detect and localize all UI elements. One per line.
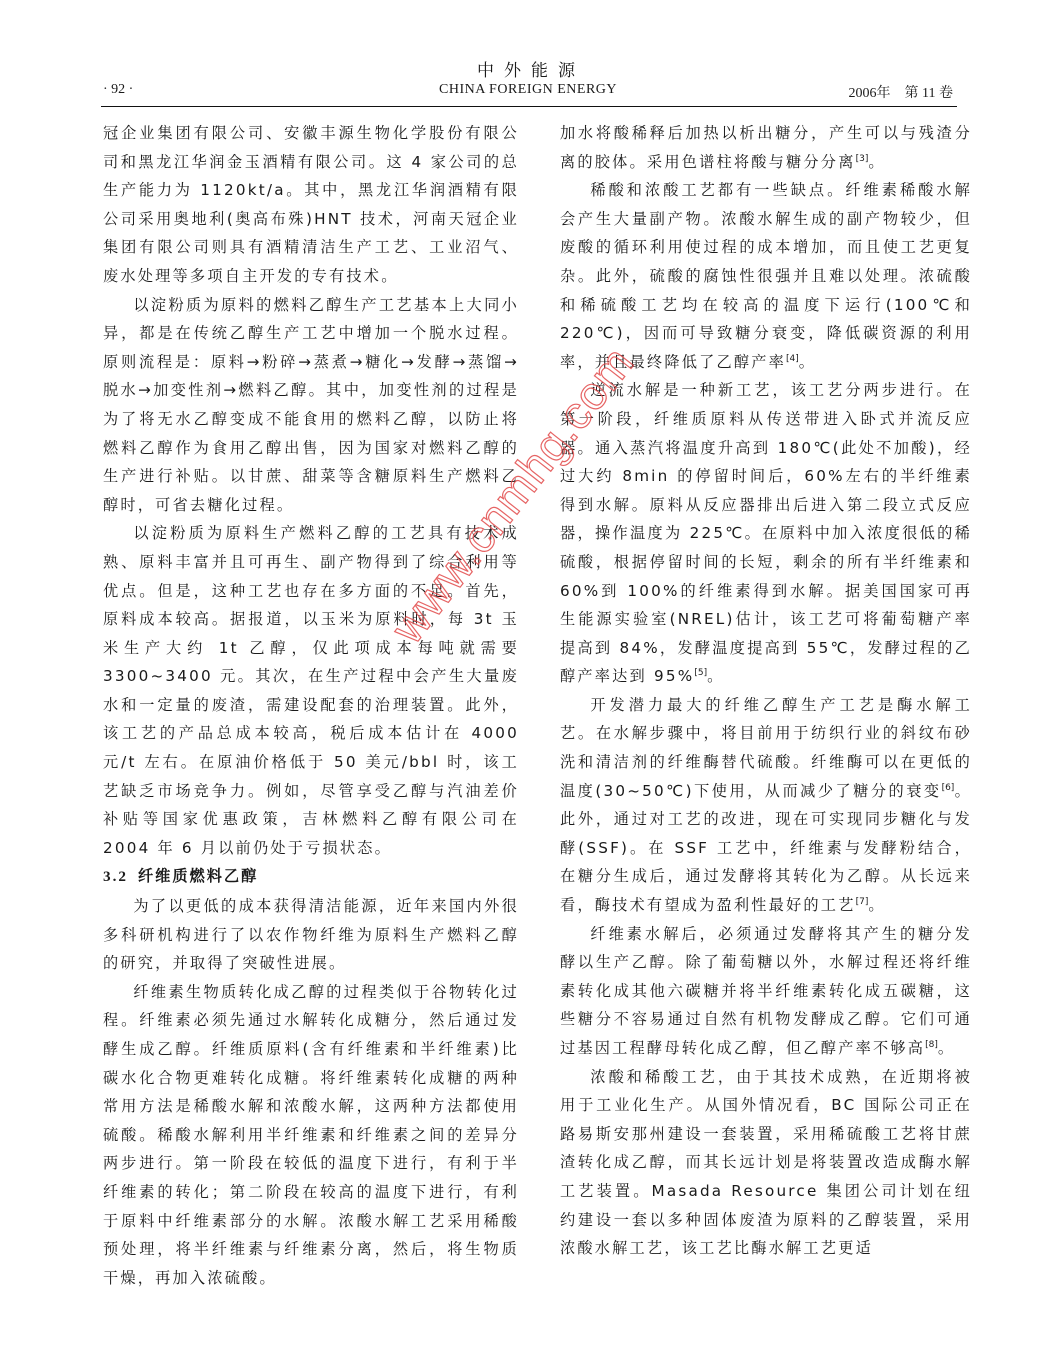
journal-title-en: CHINA FOREIGN ENERGY [103,82,953,98]
paragraph-text: 逆流水解是一种新工艺，该工艺分两步进行。在第一阶段，纤维质原料从传送带进入卧式并… [560,381,972,685]
paragraph-end: 。 [868,896,885,914]
paragraph: 逆流水解是一种新工艺，该工艺分两步进行。在第一阶段，纤维质原料从传送带进入卧式并… [560,376,972,691]
paragraph: 为了以更低的成本获得清洁能源，近年来国内外很多科研机构进行了以农作物纤维为原料生… [103,892,519,978]
header-divider [101,106,957,107]
citation-ref[interactable]: [8] [925,1040,938,1050]
left-column: 冠企业集团有限公司、安徽丰源生物化学股份有限公司和黑龙江华润金玉酒精有限公司。这… [103,119,519,1292]
paragraph-text: 纤维素水解后，必须通过发酵将其产生的糖分发酵以生产乙醇。除了葡萄糖以外，水解过程… [560,925,972,1057]
paragraph: 浓酸和稀酸工艺，由于其技术成熟，在近期将被用于工业化生产。从国外情况看，BC 国… [560,1063,972,1263]
section-heading: 3.2纤维质燃料乙醇 [103,862,519,892]
section-title: 纤维质燃料乙醇 [138,867,258,885]
paragraph: 稀酸和浓酸工艺都有一些缺点。纤维素稀酸水解会产生大量副产物。浓酸水解生成的副产物… [560,176,972,376]
paragraph-text: 。此外，通过对工艺的改进，现在可实现同步糖化与发酵(SSF)。在 SSF 工艺中… [560,782,972,914]
paragraph: 加水将酸稀释后加热以析出糖分，产生可以与残渣分离的胶体。采用色谱柱将酸与糖分分离… [560,119,972,176]
paragraph-text: 开发潜力最大的纤维乙醇生产工艺是酶水解工艺。在水解步骤中，将目前用于纺织行业的斜… [560,696,972,800]
paragraph-text: 加水将酸稀释后加热以析出糖分，产生可以与残渣分离的胶体。采用色谱柱将酸与糖分分离 [560,124,972,171]
journal-title-cn: 中外能源 [0,56,1062,81]
paragraph: 开发潜力最大的纤维乙醇生产工艺是酶水解工艺。在水解步骤中，将目前用于纺织行业的斜… [560,691,972,920]
citation-ref[interactable]: [6] [942,783,955,793]
paragraph-end: 。 [868,153,885,171]
paragraph: 以淀粉质为原料生产燃料乙醇的工艺具有技术成熟、原料丰富并且可再生、副产物得到了综… [103,519,519,862]
citation-ref[interactable]: [3] [856,154,869,164]
paragraph-end: 。 [707,667,724,685]
paragraph-text: 稀酸和浓酸工艺都有一些缺点。纤维素稀酸水解会产生大量副产物。浓酸水解生成的副产物… [560,181,972,371]
section-number: 3.2 [103,868,128,885]
citation-ref[interactable]: [7] [856,897,869,907]
citation-ref[interactable]: [4] [786,354,799,364]
paragraph: 纤维素生物质转化成乙醇的过程类似于谷物转化过程。纤维素必须先通过水解转化成糖分，… [103,978,519,1293]
running-header: · 92 · CHINA FOREIGN ENERGY 2006年 第 11 卷 [103,82,953,102]
issue-info: 2006年 第 11 卷 [849,82,953,102]
right-column: 加水将酸稀释后加热以析出糖分，产生可以与残渣分离的胶体。采用色谱柱将酸与糖分分离… [560,119,972,1263]
paragraph: 以淀粉质为原料的燃料乙醇生产工艺基本上大同小异，都是在传统乙醇生产工艺中增加一个… [103,291,519,520]
paragraph-end: 。 [799,353,816,371]
paragraph: 冠企业集团有限公司、安徽丰源生物化学股份有限公司和黑龙江华润金玉酒精有限公司。这… [103,119,519,291]
paragraph: 纤维素水解后，必须通过发酵将其产生的糖分发酵以生产乙醇。除了葡萄糖以外，水解过程… [560,920,972,1063]
paragraph-end: 。 [938,1039,955,1057]
citation-ref[interactable]: [5] [694,668,707,678]
